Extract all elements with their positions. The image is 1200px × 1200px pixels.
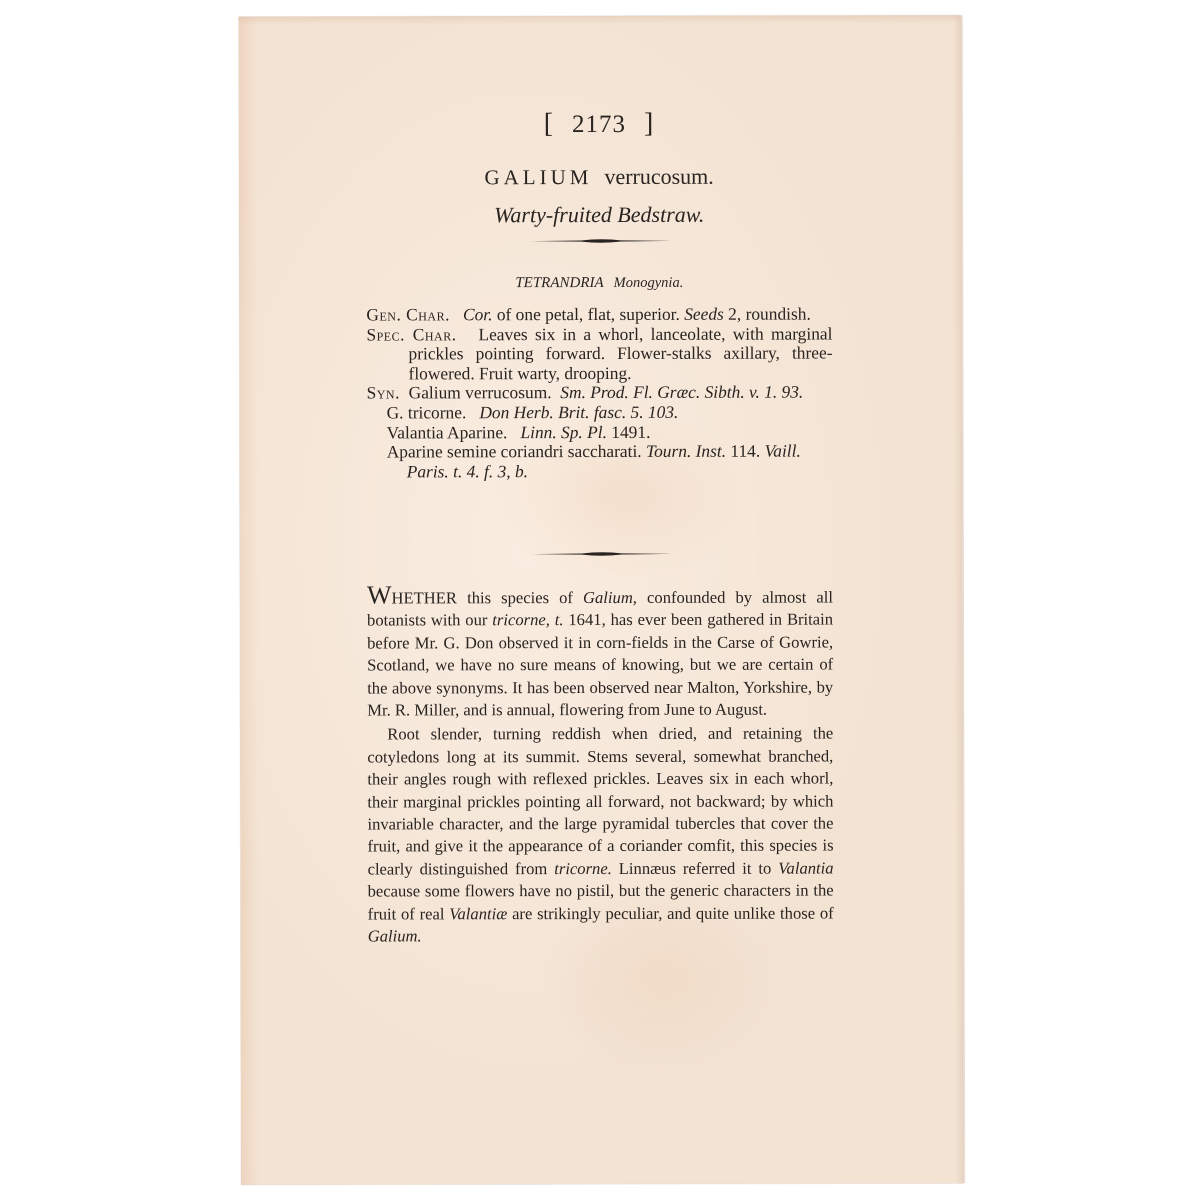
synonym-item: Aparine semine coriandri saccharati. Tou… — [367, 442, 833, 482]
synonym-ref: Linn. Sp. Pl. — [520, 422, 607, 442]
italic-run: Galium. — [368, 926, 422, 945]
gen-char-text: of one petal, flat, superior. — [492, 304, 684, 324]
italic-run: Valantia — [778, 858, 833, 877]
page-content: [2173] GALIUMverrucosum. Warty-fruited B… — [366, 16, 832, 17]
order-name: Monogynia. — [604, 275, 684, 291]
description-text: WHETHER this species of Galium, confound… — [367, 584, 834, 948]
italic-run: Valantiæ — [449, 904, 507, 923]
bracket-open: [ — [526, 108, 572, 139]
synonym-item: G. tricorne. Don Herb. Brit. fasc. 5. 10… — [367, 402, 833, 423]
ornamental-rule-bottom — [532, 551, 672, 557]
text-run: this species of — [457, 588, 583, 607]
synonym-ref: Don Herb. Brit. fasc. 5. 103. — [479, 402, 678, 422]
synonym-name: G. tricorne. — [387, 402, 467, 422]
gen-char-label: Gen. Char. — [366, 304, 450, 324]
plate-number-value: 2173 — [572, 111, 626, 138]
specific-character: Spec. Char. Leaves six in a whorl, lance… — [366, 324, 832, 384]
italic-run: tricorne. — [554, 859, 612, 878]
synonym-name: Aparine semine coriandri saccharati. — [387, 441, 642, 462]
book-page: [2173] GALIUMverrucosum. Warty-fruited B… — [239, 15, 963, 1185]
species-title: GALIUMverrucosum. — [366, 164, 832, 191]
synonym-ref-num: 114. — [730, 441, 760, 461]
synonym-name: Galium verrucosum. — [409, 382, 552, 402]
genus-name: GALIUM — [484, 165, 592, 189]
synonym-item: Valantia Aparine. Linn. Sp. Pl. 1491. — [367, 422, 833, 443]
page-edge — [953, 15, 965, 1183]
common-name: Warty-fruited Bedstraw. — [366, 202, 832, 229]
spec-char-label: Spec. Char. — [366, 324, 456, 344]
drop-cap: W — [367, 580, 392, 609]
synonym-ref-num: 1491. — [611, 421, 650, 441]
characters-block: Gen. Char. Cor. of one petal, flat, supe… — [366, 305, 832, 482]
italic-run: tricorne, t. — [492, 610, 563, 629]
gen-char-text2: 2, roundish. — [724, 304, 811, 324]
species-epithet: verrucosum. — [592, 164, 713, 189]
ornamental-rule-top — [531, 238, 671, 244]
plate-number: [2173] — [366, 108, 832, 141]
synonym-ref: Tourn. Inst. — [646, 441, 726, 461]
generic-character: Gen. Char. Cor. of one petal, flat, supe… — [366, 305, 832, 326]
text-run: are strikingly peculiar, and quite unlik… — [507, 903, 833, 923]
text-run: Root slender, turning reddish when dried… — [367, 724, 833, 878]
synonym-name: Valantia Aparine. — [387, 422, 508, 442]
text-run: Linnæus referred it to — [612, 859, 778, 878]
linnaean-classification: TETRANDRIAMonogynia. — [366, 275, 832, 293]
synonym-ref: Sm. Prod. Fl. Græc. Sibth. v. 1. 93. — [560, 382, 803, 403]
initial-caps: HETHER — [392, 588, 457, 607]
italic-run: Galium, — [583, 588, 637, 607]
paragraph-1: WHETHER this species of Galium, confound… — [367, 584, 833, 722]
paragraph-2: Root slender, turning reddish when dried… — [367, 723, 833, 948]
syn-label: Syn. — [367, 383, 400, 403]
gen-char-italic2: Seeds — [684, 304, 724, 324]
spec-char-text: Leaves six in a whorl, lanceolate, with … — [408, 323, 832, 383]
gen-char-italic: Cor. — [463, 304, 493, 324]
bracket-close: ] — [626, 108, 672, 139]
synonym-main: Syn. Galium verrucosum. Sm. Prod. Fl. Gr… — [367, 383, 833, 404]
class-name: TETRANDRIA — [515, 275, 603, 291]
